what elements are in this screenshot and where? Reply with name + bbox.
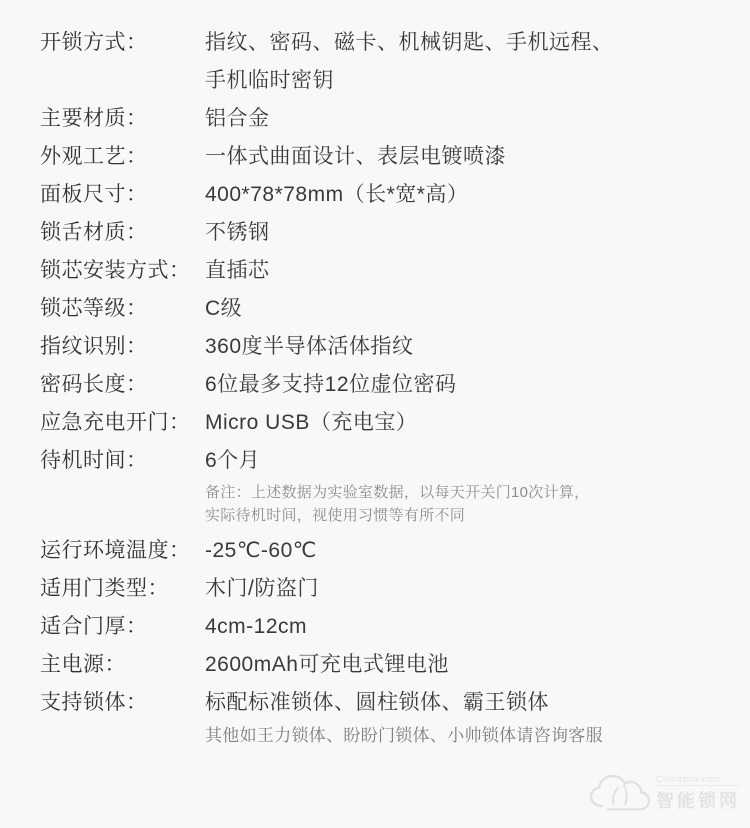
spec-row: 应急充电开门： Micro USB（充电宝） <box>40 404 722 442</box>
spec-value-line: 标配标准锁体、圆柱锁体、霸王锁体 <box>205 684 722 722</box>
spec-row: 面板尺寸： 400*78*78mm（长*宽*高） <box>40 176 722 214</box>
spec-row: 运行环境温度： -25℃-60℃ <box>40 532 722 570</box>
spec-row: 外观工艺： 一体式曲面设计、表层电镀喷漆 <box>40 138 722 176</box>
spec-value-line: 直插芯 <box>205 252 722 290</box>
spec-value-line: 360度半导体活体指纹 <box>205 328 722 366</box>
spec-note-line: 实际待机时间，视使用习惯等有所不同 <box>205 504 722 527</box>
spec-row: 锁舌材质： 不锈钢 <box>40 214 722 252</box>
spec-row: 主电源： 2600mAh可充电式锂电池 <box>40 646 722 684</box>
spec-value: 6个月备注：上述数据为实验室数据，以每天开关门10次计算，实际待机时间，视使用习… <box>205 442 722 532</box>
spec-value: C级 <box>205 290 722 328</box>
spec-table: 开锁方式： 指纹、密码、磁卡、机械钥匙、手机远程、手机临时密钥 主要材质： 铝合… <box>40 24 722 749</box>
spec-row: 主要材质： 铝合金 <box>40 100 722 138</box>
spec-row: 待机时间： 6个月备注：上述数据为实验室数据，以每天开关门10次计算，实际待机时… <box>40 442 722 532</box>
spec-row: 适用门类型： 木门/防盗门 <box>40 570 722 608</box>
spec-label: 开锁方式： <box>40 24 205 62</box>
spec-label: 适用门类型： <box>40 570 205 608</box>
spec-label: 锁芯等级： <box>40 290 205 328</box>
spec-label: 待机时间： <box>40 442 205 480</box>
spec-value-line: 400*78*78mm（长*宽*高） <box>205 176 722 214</box>
spec-note-block: 备注：上述数据为实验室数据，以每天开关门10次计算，实际待机时间，视使用习惯等有… <box>205 481 722 527</box>
spec-value: 4cm-12cm <box>205 608 722 646</box>
watermark: Chinaznw.com 智能锁网 <box>588 770 740 816</box>
spec-label: 锁芯安装方式： <box>40 252 205 290</box>
spec-label: 支持锁体： <box>40 684 205 722</box>
spec-value-line: 一体式曲面设计、表层电镀喷漆 <box>205 138 722 176</box>
spec-label: 适合门厚： <box>40 608 205 646</box>
spec-label: 密码长度： <box>40 366 205 404</box>
spec-row: 密码长度： 6位最多支持12位虚位密码 <box>40 366 722 404</box>
spec-row: 锁芯安装方式： 直插芯 <box>40 252 722 290</box>
cloud-icon <box>588 770 652 816</box>
spec-value-line: 6位最多支持12位虚位密码 <box>205 366 722 404</box>
spec-value: 6位最多支持12位虚位密码 <box>205 366 722 404</box>
spec-value: 400*78*78mm（长*宽*高） <box>205 176 722 214</box>
spec-value: 指纹、密码、磁卡、机械钥匙、手机远程、手机临时密钥 <box>205 24 722 100</box>
spec-label: 面板尺寸： <box>40 176 205 214</box>
spec-row: 开锁方式： 指纹、密码、磁卡、机械钥匙、手机远程、手机临时密钥 <box>40 24 722 100</box>
spec-note-line: 备注：上述数据为实验室数据，以每天开关门10次计算， <box>205 481 722 504</box>
spec-label: 外观工艺： <box>40 138 205 176</box>
spec-row: 指纹识别： 360度半导体活体指纹 <box>40 328 722 366</box>
spec-subnote-line: 其他如王力锁体、盼盼门锁体、小帅锁体请咨询客服 <box>205 722 722 749</box>
spec-value: 木门/防盗门 <box>205 570 722 608</box>
spec-value-line: 6个月 <box>205 442 722 480</box>
spec-value-line: 手机临时密钥 <box>205 62 722 100</box>
spec-label: 主电源： <box>40 646 205 684</box>
watermark-site-name: 智能锁网 <box>656 787 740 813</box>
spec-value: 2600mAh可充电式锂电池 <box>205 646 722 684</box>
spec-value-line: 不锈钢 <box>205 214 722 252</box>
watermark-text: Chinaznw.com 智能锁网 <box>656 774 740 813</box>
spec-value-line: 4cm-12cm <box>205 608 722 646</box>
spec-value: 一体式曲面设计、表层电镀喷漆 <box>205 138 722 176</box>
spec-label: 指纹识别： <box>40 328 205 366</box>
spec-value-line: 2600mAh可充电式锂电池 <box>205 646 722 684</box>
spec-value: 不锈钢 <box>205 214 722 252</box>
spec-label: 运行环境温度： <box>40 532 205 570</box>
spec-value-line: 指纹、密码、磁卡、机械钥匙、手机远程、 <box>205 24 722 62</box>
spec-row: 锁芯等级： C级 <box>40 290 722 328</box>
spec-value-line: -25℃-60℃ <box>205 532 722 570</box>
watermark-url: Chinaznw.com <box>656 774 740 786</box>
spec-label: 主要材质： <box>40 100 205 138</box>
spec-value: 直插芯 <box>205 252 722 290</box>
spec-value-line: 铝合金 <box>205 100 722 138</box>
spec-value-line: 木门/防盗门 <box>205 570 722 608</box>
spec-label: 应急充电开门： <box>40 404 205 442</box>
spec-value: 360度半导体活体指纹 <box>205 328 722 366</box>
spec-value-line: Micro USB（充电宝） <box>205 404 722 442</box>
spec-row: 支持锁体： 标配标准锁体、圆柱锁体、霸王锁体其他如王力锁体、盼盼门锁体、小帅锁体… <box>40 684 722 749</box>
spec-value: 标配标准锁体、圆柱锁体、霸王锁体其他如王力锁体、盼盼门锁体、小帅锁体请咨询客服 <box>205 684 722 749</box>
spec-value-line: C级 <box>205 290 722 328</box>
spec-value: Micro USB（充电宝） <box>205 404 722 442</box>
spec-value: 铝合金 <box>205 100 722 138</box>
spec-label: 锁舌材质： <box>40 214 205 252</box>
spec-value: -25℃-60℃ <box>205 532 722 570</box>
spec-row: 适合门厚： 4cm-12cm <box>40 608 722 646</box>
